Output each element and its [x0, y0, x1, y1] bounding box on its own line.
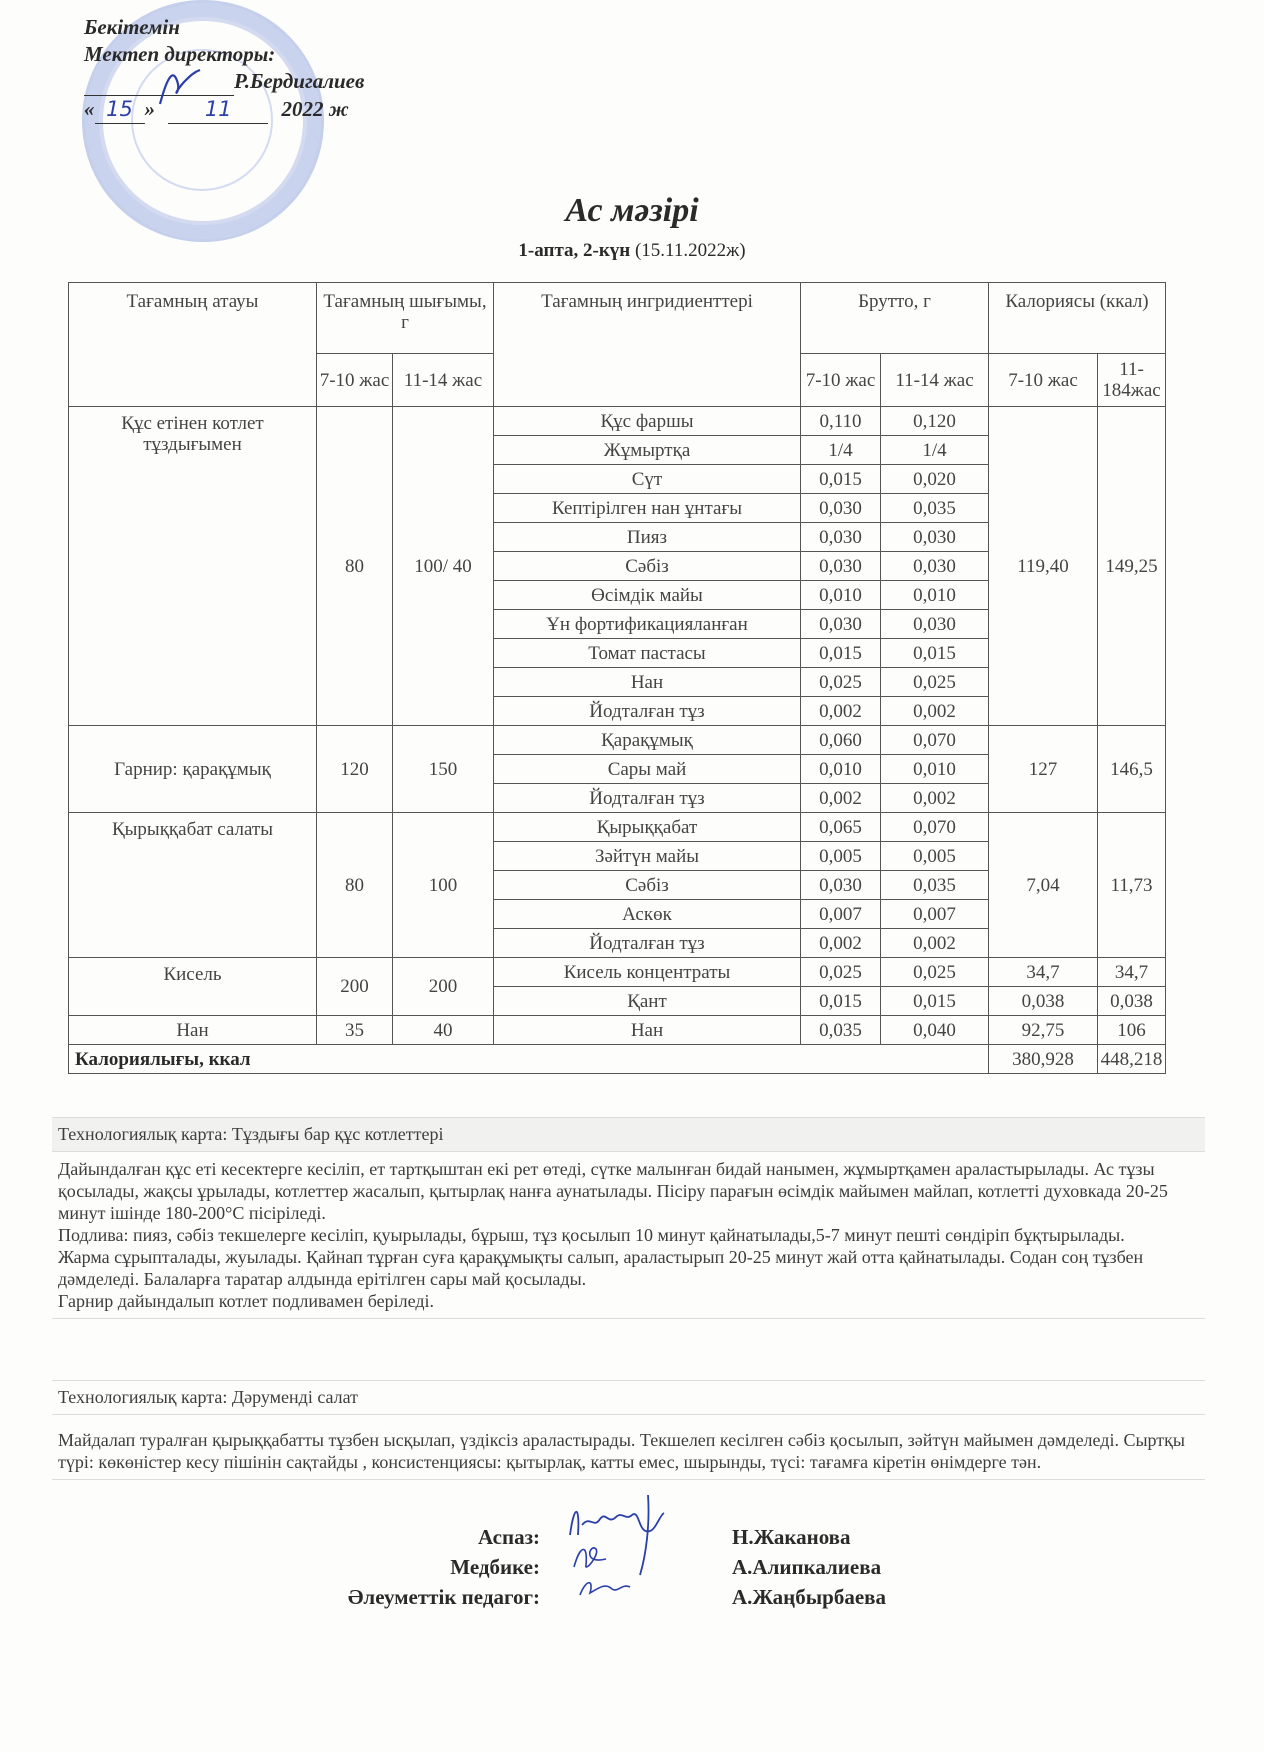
ingredient-gross-11-14: 0,070: [881, 726, 989, 755]
dish-yield-7-10: 200: [317, 958, 393, 1016]
ingredient-gross-11-14: 1/4: [881, 436, 989, 465]
dish-calories-7-10: 127: [989, 726, 1098, 813]
ingredient-gross-11-14: 0,035: [881, 871, 989, 900]
ingredient-gross-11-14: 0,002: [881, 697, 989, 726]
dish-yield-7-10: 35: [317, 1016, 393, 1045]
tech-card-paragraph: Дайындалған құс еті кесектерге кесіліп, …: [58, 1158, 1199, 1224]
signer-role: Әлеуметтік педагог:: [348, 1585, 540, 1610]
ingredient-gross-7-10: 0,002: [801, 697, 881, 726]
table-row: Нан3540Нан0,0350,04092,75106: [69, 1016, 1166, 1045]
ingredient-gross-11-14: 0,010: [881, 755, 989, 784]
dish-yield-11-14: 100: [393, 813, 494, 958]
tech-card-paragraph: Жарма сұрыпталады, жуылады. Қайнап тұрға…: [58, 1246, 1199, 1290]
ingredient-gross-7-10: 0,030: [801, 523, 881, 552]
header-age-group: 7-10 жас: [801, 354, 881, 407]
dish-calories-11-14: 149,25: [1098, 407, 1166, 726]
dish-name: Құс етінен котлет тұздығымен: [69, 407, 317, 726]
tech-card-salad: Технологиялық карта: Дәруменді салат Май…: [52, 1380, 1205, 1480]
dish-yield-7-10: 80: [317, 813, 393, 958]
dish-calories-11-14: 146,5: [1098, 726, 1166, 813]
ingredient-name: Нан: [494, 668, 801, 697]
total-calories-7-10: 380,928: [989, 1045, 1098, 1074]
header-age-group: 11-14 жас: [393, 354, 494, 407]
ingredient-gross-7-10: 0,015: [801, 987, 881, 1016]
ingredient-gross-11-14: 0,030: [881, 610, 989, 639]
tech-card-paragraph: Майдалап туралған қырыққабатты тұзбен ыс…: [58, 1429, 1199, 1473]
ingredient-gross-7-10: 0,025: [801, 668, 881, 697]
dish-calories-11-14: 11,73: [1098, 813, 1166, 958]
ingredient-gross-7-10: 0,030: [801, 552, 881, 581]
ingredient-calories-11-14: 106: [1098, 1016, 1166, 1045]
ingredient-gross-7-10: 0,030: [801, 494, 881, 523]
ingredient-gross-7-10: 0,030: [801, 871, 881, 900]
signer-name: Н.Жаканова: [732, 1525, 851, 1550]
table-header-row: Тағамның атауыТағамның шығымы, гТағамның…: [69, 283, 1166, 354]
ingredient-name: Қант: [494, 987, 801, 1016]
dish-name: Нан: [69, 1016, 317, 1045]
director-signature-line: Р.Бердигалиев: [84, 68, 364, 96]
ingredient-calories-7-10: 0,038: [989, 987, 1098, 1016]
header-yield: Тағамның шығымы, г: [317, 283, 494, 354]
dish-name: Кисель: [69, 958, 317, 1016]
approval-year: 2022 ж: [282, 97, 349, 121]
director-name: Р.Бердигалиев: [234, 69, 364, 93]
dish-yield-7-10: 120: [317, 726, 393, 813]
table-row: Қырыққабат салаты80100Қырыққабат0,0650,0…: [69, 813, 1166, 842]
dish-yield-11-14: 100/ 40: [393, 407, 494, 726]
ingredient-gross-11-14: 0,025: [881, 958, 989, 987]
dish-name: Қырыққабат салаты: [69, 813, 317, 958]
ingredient-gross-7-10: 0,010: [801, 755, 881, 784]
header-age-group: 11-184жас: [1098, 354, 1166, 407]
tech-card-title: Технологиялық карта: Дәруменді салат: [52, 1380, 1205, 1415]
ingredient-gross-11-14: 0,030: [881, 552, 989, 581]
ingredient-name: Нан: [494, 1016, 801, 1045]
dish-calories-7-10: 119,40: [989, 407, 1098, 726]
tech-card-paragraph: Гарнир дайындалып котлет подливамен бері…: [58, 1290, 1199, 1312]
ingredient-gross-7-10: 0,025: [801, 958, 881, 987]
dish-yield-11-14: 200: [393, 958, 494, 1016]
header-ingredients: Тағамның ингридиенттері: [494, 283, 801, 407]
ingredient-name: Қырыққабат: [494, 813, 801, 842]
ingredient-gross-7-10: 0,060: [801, 726, 881, 755]
ingredient-gross-11-14: 0,035: [881, 494, 989, 523]
quote-open: «: [84, 97, 95, 121]
tech-card-paragraph: Подлива: пияз, сәбіз текшелерге кесіліп,…: [58, 1224, 1199, 1246]
ingredient-name: Сәбіз: [494, 552, 801, 581]
ingredient-calories-11-14: 34,7: [1098, 958, 1166, 987]
header-calories: Калориясы (ккал): [989, 283, 1166, 354]
header-age-group: 7-10 жас: [989, 354, 1098, 407]
total-label: Калориялығы, ккал: [69, 1045, 989, 1074]
signer-cook: Аспаз: Н.Жаканова: [0, 1525, 1264, 1555]
ingredient-gross-11-14: 0,010: [881, 581, 989, 610]
tech-card-body: Дайындалған құс еті кесектерге кесіліп, …: [52, 1152, 1205, 1319]
ingredient-gross-11-14: 0,002: [881, 929, 989, 958]
table-row: Құс етінен котлет тұздығымен80100/ 40Құс…: [69, 407, 1166, 436]
header-age-group: 11-14 жас: [881, 354, 989, 407]
ingredient-gross-7-10: 0,065: [801, 813, 881, 842]
ingredient-name: Йодталған тұз: [494, 784, 801, 813]
ingredient-gross-11-14: 0,040: [881, 1016, 989, 1045]
total-row: Калориялығы, ккал380,928448,218: [69, 1045, 1166, 1074]
ingredient-name: Йодталған тұз: [494, 697, 801, 726]
ingredient-gross-7-10: 0,030: [801, 610, 881, 639]
ingredient-gross-7-10: 0,002: [801, 784, 881, 813]
total-calories-11-14: 448,218: [1098, 1045, 1166, 1074]
ingredient-gross-7-10: 1/4: [801, 436, 881, 465]
menu-date: (15.11.2022ж): [635, 240, 746, 261]
ingredient-gross-11-14: 0,015: [881, 639, 989, 668]
approval-label: Бекітемін: [84, 14, 364, 41]
ingredient-name: Пияз: [494, 523, 801, 552]
ingredient-name: Сүт: [494, 465, 801, 494]
ingredient-name: Өсімдік майы: [494, 581, 801, 610]
ingredient-name: Кептірілген нан ұнтағы: [494, 494, 801, 523]
header-gross: Брутто, г: [801, 283, 989, 354]
ingredient-name: Қарақұмық: [494, 726, 801, 755]
approval-date: «15» 11 2022 ж: [84, 96, 364, 124]
signer-name: А.Алипкалиева: [732, 1555, 881, 1580]
ingredient-name: Жұмыртқа: [494, 436, 801, 465]
approval-block: Бекітемін Мектеп директоры: Р.Бердигалие…: [84, 14, 364, 124]
ingredient-gross-7-10: 0,015: [801, 465, 881, 494]
ingredient-calories-7-10: 34,7: [989, 958, 1098, 987]
page-title: Ас мәзірі: [0, 192, 1264, 230]
header-dish-name: Тағамның атауы: [69, 283, 317, 407]
ingredient-name: Томат пастасы: [494, 639, 801, 668]
ingredient-gross-11-14: 0,005: [881, 842, 989, 871]
signer-role: Аспаз:: [478, 1525, 540, 1550]
ingredient-name: Сәбіз: [494, 871, 801, 900]
dish-calories-7-10: 7,04: [989, 813, 1098, 958]
ingredient-gross-11-14: 0,030: [881, 523, 989, 552]
ingredient-name: Аскөк: [494, 900, 801, 929]
ingredient-name: Йодталған тұз: [494, 929, 801, 958]
ingredient-gross-7-10: 0,005: [801, 842, 881, 871]
tech-card-body: Майдалап туралған қырыққабатты тұзбен ыс…: [52, 1415, 1205, 1480]
tech-card-title: Технологиялық карта: Тұздығы бар құс кот…: [52, 1117, 1205, 1152]
ingredient-name: Құс фаршы: [494, 407, 801, 436]
signer-name: А.Жаңбырбаева: [732, 1585, 886, 1610]
director-title: Мектеп директоры:: [84, 41, 364, 68]
dish-yield-11-14: 40: [393, 1016, 494, 1045]
approval-day: 15: [95, 96, 145, 124]
dish-name: Гарнир: қарақұмық: [69, 726, 317, 813]
signer-social-pedagogue: Әлеуметтік педагог: А.Жаңбырбаева: [0, 1585, 1264, 1615]
ingredient-gross-7-10: 0,002: [801, 929, 881, 958]
ingredient-gross-7-10: 0,035: [801, 1016, 881, 1045]
ingredient-gross-11-14: 0,020: [881, 465, 989, 494]
week-day: 1-апта, 2-күн: [518, 240, 630, 261]
ingredient-name: Сары май: [494, 755, 801, 784]
ingredient-name: Зәйтүн майы: [494, 842, 801, 871]
dish-yield-11-14: 150: [393, 726, 494, 813]
ingredient-gross-7-10: 0,010: [801, 581, 881, 610]
ingredient-gross-7-10: 0,110: [801, 407, 881, 436]
ingredient-name: Ұн фортификацияланған: [494, 610, 801, 639]
ingredient-gross-11-14: 0,002: [881, 784, 989, 813]
ingredient-gross-11-14: 0,025: [881, 668, 989, 697]
signer-nurse: Медбике: А.Алипкалиева: [0, 1555, 1264, 1585]
table-row: Кисель200200Кисель концентраты0,0250,025…: [69, 958, 1166, 987]
header-age-group: 7-10 жас: [317, 354, 393, 407]
ingredient-gross-7-10: 0,007: [801, 900, 881, 929]
menu-table: Тағамның атауыТағамның шығымы, гТағамның…: [68, 282, 1166, 1074]
ingredient-gross-11-14: 0,015: [881, 987, 989, 1016]
ingredient-gross-11-14: 0,007: [881, 900, 989, 929]
ingredient-gross-11-14: 0,120: [881, 407, 989, 436]
signer-role: Медбике:: [450, 1555, 540, 1580]
ingredient-gross-7-10: 0,015: [801, 639, 881, 668]
dish-yield-7-10: 80: [317, 407, 393, 726]
tech-card-cutlets: Технологиялық карта: Тұздығы бар құс кот…: [52, 1117, 1205, 1319]
ingredient-calories-11-14: 0,038: [1098, 987, 1166, 1016]
ingredient-gross-11-14: 0,070: [881, 813, 989, 842]
table-row: Гарнир: қарақұмық120150Қарақұмық0,0600,0…: [69, 726, 1166, 755]
page-subtitle: 1-апта, 2-күн (15.11.2022ж): [0, 240, 1264, 262]
ingredient-name: Кисель концентраты: [494, 958, 801, 987]
ingredient-calories-7-10: 92,75: [989, 1016, 1098, 1045]
director-signature-icon: [150, 64, 210, 108]
